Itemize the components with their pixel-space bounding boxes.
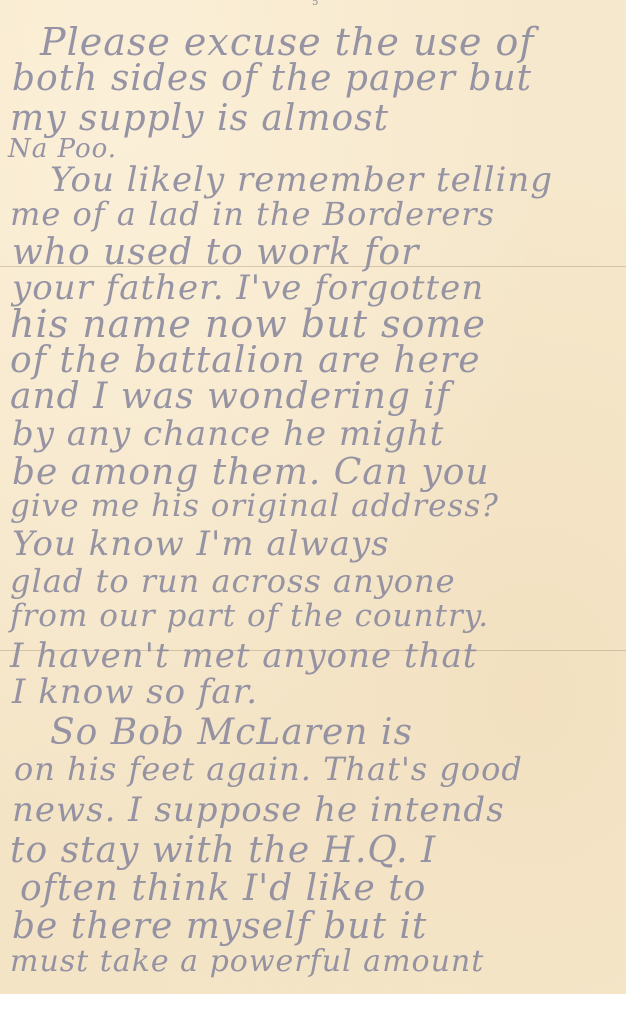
letter-line: be among them. Can you <box>12 452 490 493</box>
letter-line: and I was wondering if <box>10 376 450 417</box>
letter-line: You know I'm always <box>12 524 390 564</box>
letter-line: on his feet again. That's good <box>14 750 523 788</box>
letter-line: be there myself but it <box>12 906 427 947</box>
letter-line: glad to run across anyone <box>10 562 456 600</box>
letter-line: to stay with the H.Q. I <box>10 830 436 871</box>
letter-line: often think I'd like to <box>20 868 426 909</box>
letter-line: So Bob McLaren is <box>50 712 413 753</box>
letter-line: from our part of the country. <box>10 598 489 634</box>
letter-line: I know so far. <box>12 672 258 712</box>
scan-margin <box>0 994 626 1024</box>
letter-page: 5 Please excuse the use of both sides of… <box>0 0 626 994</box>
letter-line: both sides of the paper but <box>12 58 532 99</box>
letter-line: me of a lad in the Borderers <box>10 195 495 233</box>
page-mark: 5 <box>312 0 322 6</box>
letter-line: of the battalion are here <box>10 340 481 381</box>
letter-line: You likely remember telling <box>50 160 553 200</box>
letter-line: my supply is almost <box>10 98 389 139</box>
letter-line: I haven't met anyone that <box>10 636 477 676</box>
letter-line: by any chance he might <box>12 414 444 454</box>
letter-line: news. I suppose he intends <box>12 790 505 830</box>
letter-line: who used to work for <box>12 232 419 273</box>
letter-line: must take a powerful amount <box>10 944 484 979</box>
letter-line: give me his original address? <box>10 488 499 524</box>
